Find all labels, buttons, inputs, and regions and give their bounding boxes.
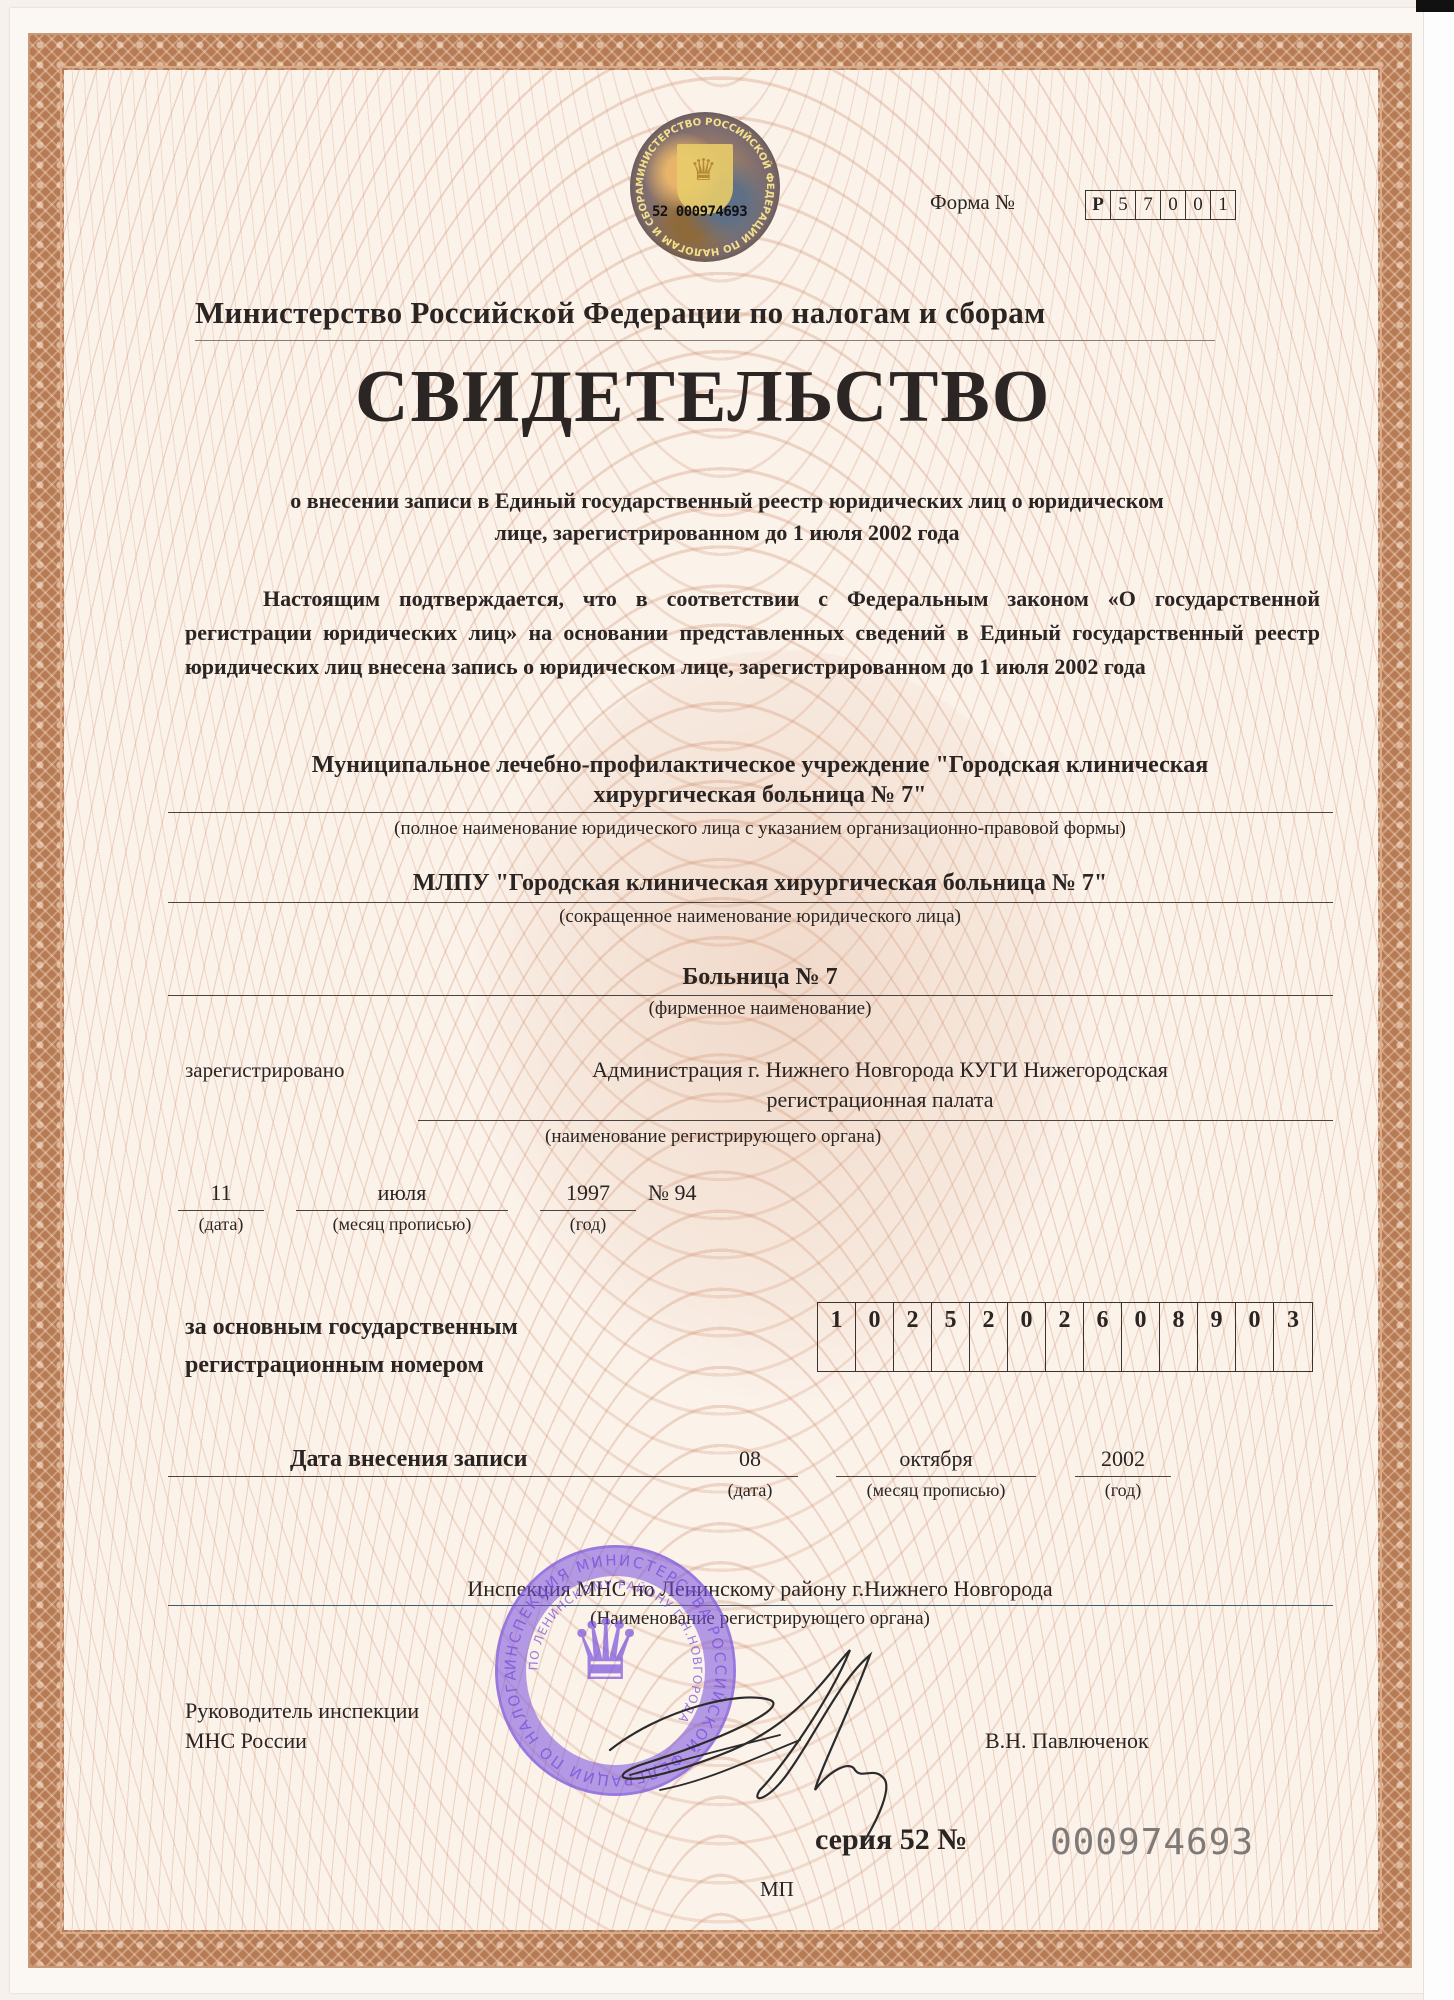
form-code-boxes: Р57001	[1085, 190, 1236, 220]
ogrn-digit-box: 6	[1084, 1303, 1122, 1371]
ogrn-digit-box: 0	[1008, 1303, 1046, 1371]
registered-label: зарегистрировано	[185, 1058, 344, 1083]
ogrn-digit-box: 2	[1046, 1303, 1084, 1371]
full-name-line-2: хирургическая больница № 7"	[190, 782, 1330, 809]
short-name-rule	[168, 902, 1333, 903]
full-name-line-1: Муниципальное лечебно-профилактическое у…	[190, 752, 1330, 779]
ogrn-label: за основным государственным регистрацион…	[185, 1308, 645, 1384]
entry-year-caption: (год)	[1075, 1480, 1171, 1501]
registering-authority: Администрация г. Нижнего Новгорода КУГИ …	[400, 1055, 1360, 1115]
ogrn-digit-box: 9	[1198, 1303, 1236, 1371]
hologram-number: 52 000974693	[652, 204, 747, 220]
inspection-name: Инспекция МНС по Ленинскому району г.Ниж…	[190, 1576, 1330, 1602]
ogrn-digit-box: 0	[1122, 1303, 1160, 1371]
serial-number: 000974693	[1050, 1822, 1254, 1863]
registered-month-caption: (месяц прописью)	[296, 1214, 508, 1235]
form-code-box: Р	[1086, 191, 1111, 219]
registering-authority-line-2: регистрационная палата	[400, 1085, 1360, 1115]
ministry-heading: Министерство Российской Федерации по нал…	[195, 295, 1046, 331]
registered-year-rule	[540, 1210, 636, 1211]
ogrn-digit-box: 8	[1160, 1303, 1198, 1371]
subtitle-line-1: о внесении записи в Единый государственн…	[0, 488, 1454, 514]
form-label: Форма №	[930, 190, 1015, 215]
seal-place-mark: МП	[760, 1877, 794, 1902]
signatory-position-line-2: МНС России	[185, 1728, 307, 1754]
entry-month: октября	[836, 1446, 1036, 1472]
ogrn-digit-box: 0	[1236, 1303, 1274, 1371]
entry-year: 2002	[1075, 1446, 1171, 1472]
registered-month: июля	[296, 1180, 508, 1206]
ministry-underline	[195, 340, 1215, 341]
brand-name-rule	[168, 995, 1333, 996]
short-name-caption: (сокращенное наименование юридического л…	[190, 906, 1330, 928]
registered-day-caption: (дата)	[178, 1214, 264, 1235]
entry-month-caption: (месяц прописью)	[836, 1480, 1036, 1501]
brand-name-caption: (фирменное наименование)	[190, 998, 1330, 1020]
form-code-box: 0	[1186, 191, 1211, 219]
short-name: МЛПУ "Городская клиническая хирургическа…	[190, 870, 1330, 897]
form-code-box: 1	[1211, 191, 1235, 219]
authority-caption: (наименование регистрирующего органа)	[545, 1126, 881, 1148]
ogrn-boxes: 1025202608903	[817, 1302, 1313, 1372]
ogrn-digit-box: 5	[932, 1303, 970, 1371]
hologram-seal: МИНИСТЕРСТВО РОССИЙСКОЙ ФЕДЕРАЦИИ ПО НАЛ…	[630, 112, 780, 262]
ogrn-digit-box: 1	[818, 1303, 856, 1371]
signatory-name: В.Н. Павлюченок	[985, 1728, 1149, 1754]
document-title: СВИДЕТЕЛЬСТВО	[355, 355, 1051, 440]
full-name-rule	[168, 812, 1333, 813]
ogrn-digit-box: 3	[1274, 1303, 1312, 1371]
eagle-icon: ♛	[690, 156, 717, 186]
brand-name: Больница № 7	[190, 964, 1330, 991]
registered-day: 11	[178, 1180, 264, 1206]
form-code-box: 5	[1111, 191, 1136, 219]
registration-number: № 94	[648, 1180, 697, 1206]
entry-year-rule	[1075, 1476, 1171, 1477]
full-name-caption: (полное наименование юридического лица с…	[190, 818, 1330, 840]
entry-day: 08	[700, 1446, 800, 1472]
ogrn-digit-box: 2	[970, 1303, 1008, 1371]
ogrn-digit-box: 0	[856, 1303, 894, 1371]
entry-date-rule	[168, 1476, 798, 1477]
certification-paragraph: Настоящим подтверждается, что в соответс…	[185, 582, 1320, 684]
ogrn-digit-box: 2	[894, 1303, 932, 1371]
registered-day-rule	[178, 1210, 264, 1211]
registered-month-rule	[296, 1210, 508, 1211]
registering-authority-line-1: Администрация г. Нижнего Новгорода КУГИ …	[400, 1055, 1360, 1085]
subtitle-line-2: лице, зарегистрированном до 1 июля 2002 …	[0, 520, 1454, 546]
inspection-caption: (Наименование регистрирующего органа)	[190, 1608, 1330, 1630]
authority-rule	[418, 1120, 1333, 1121]
serial-label: серия 52 №	[815, 1823, 967, 1857]
signatory-position-line-1: Руководитель инспекции	[185, 1698, 419, 1724]
scan-corner	[1416, 0, 1454, 12]
inspection-rule	[168, 1605, 1333, 1606]
registered-year-caption: (год)	[540, 1214, 636, 1235]
entry-date-label: Дата внесения записи	[290, 1446, 527, 1473]
form-code-box: 7	[1136, 191, 1161, 219]
entry-day-caption: (дата)	[700, 1480, 800, 1501]
registered-year: 1997	[540, 1180, 636, 1206]
scan-edge	[1423, 12, 1454, 2000]
form-code-box: 0	[1161, 191, 1186, 219]
entry-month-rule	[836, 1476, 1036, 1477]
